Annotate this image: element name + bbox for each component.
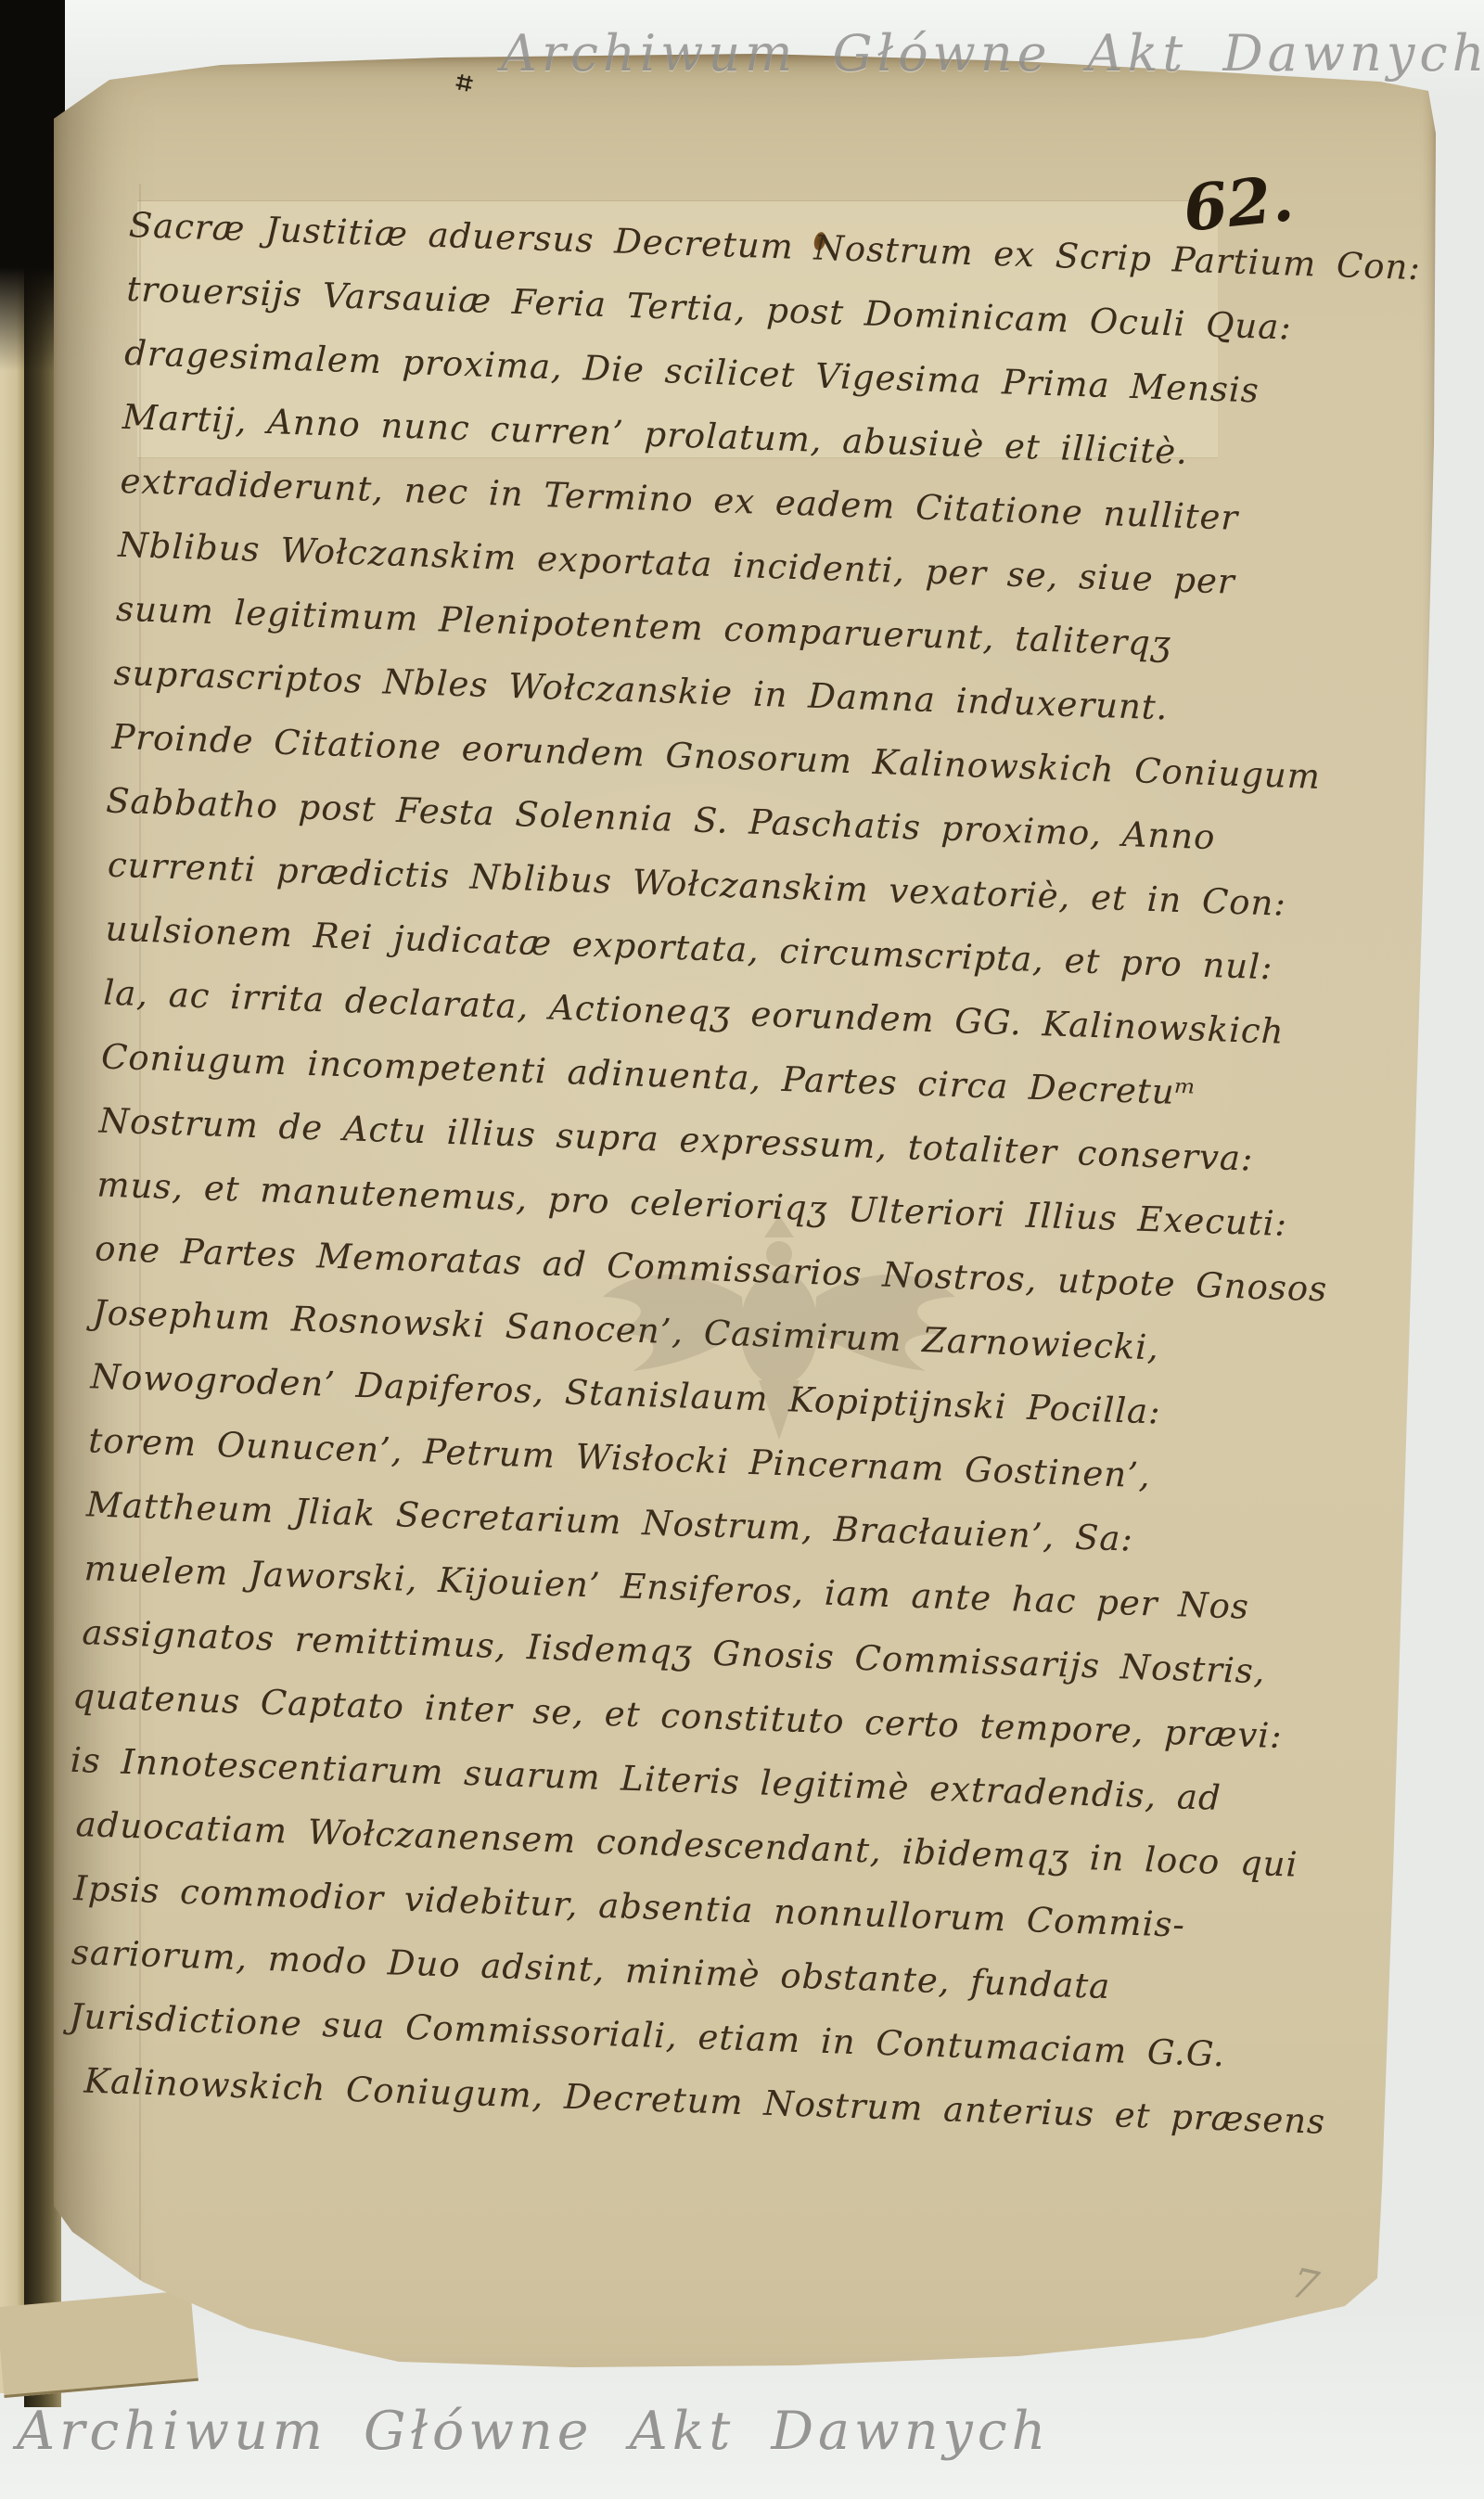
archive-watermark-bottom: Archiwum Główne Akt Dawnych <box>17 2401 1050 2462</box>
manuscript-page: ARCHIWUM GŁÓWNE ✶ AKT DAWNYCH ✶ Sacræ Ju… <box>54 54 1438 2403</box>
quire-mark: ⌗ <box>454 66 474 100</box>
previous-page-corner <box>0 2290 198 2398</box>
scanned-manuscript-screenshot: ARCHIWUM GŁÓWNE ✶ AKT DAWNYCH ✶ Sacræ Ju… <box>0 0 1484 2499</box>
folio-number: 62. <box>1181 167 1297 241</box>
archive-watermark-top: Archiwum Główne Akt Dawnych <box>501 24 1484 83</box>
pencil-annotation: 7 <box>1287 2260 1323 2312</box>
manuscript-text-block: Sacræ Justitiæ aduersus Decretum Nostrum… <box>66 193 1409 2155</box>
